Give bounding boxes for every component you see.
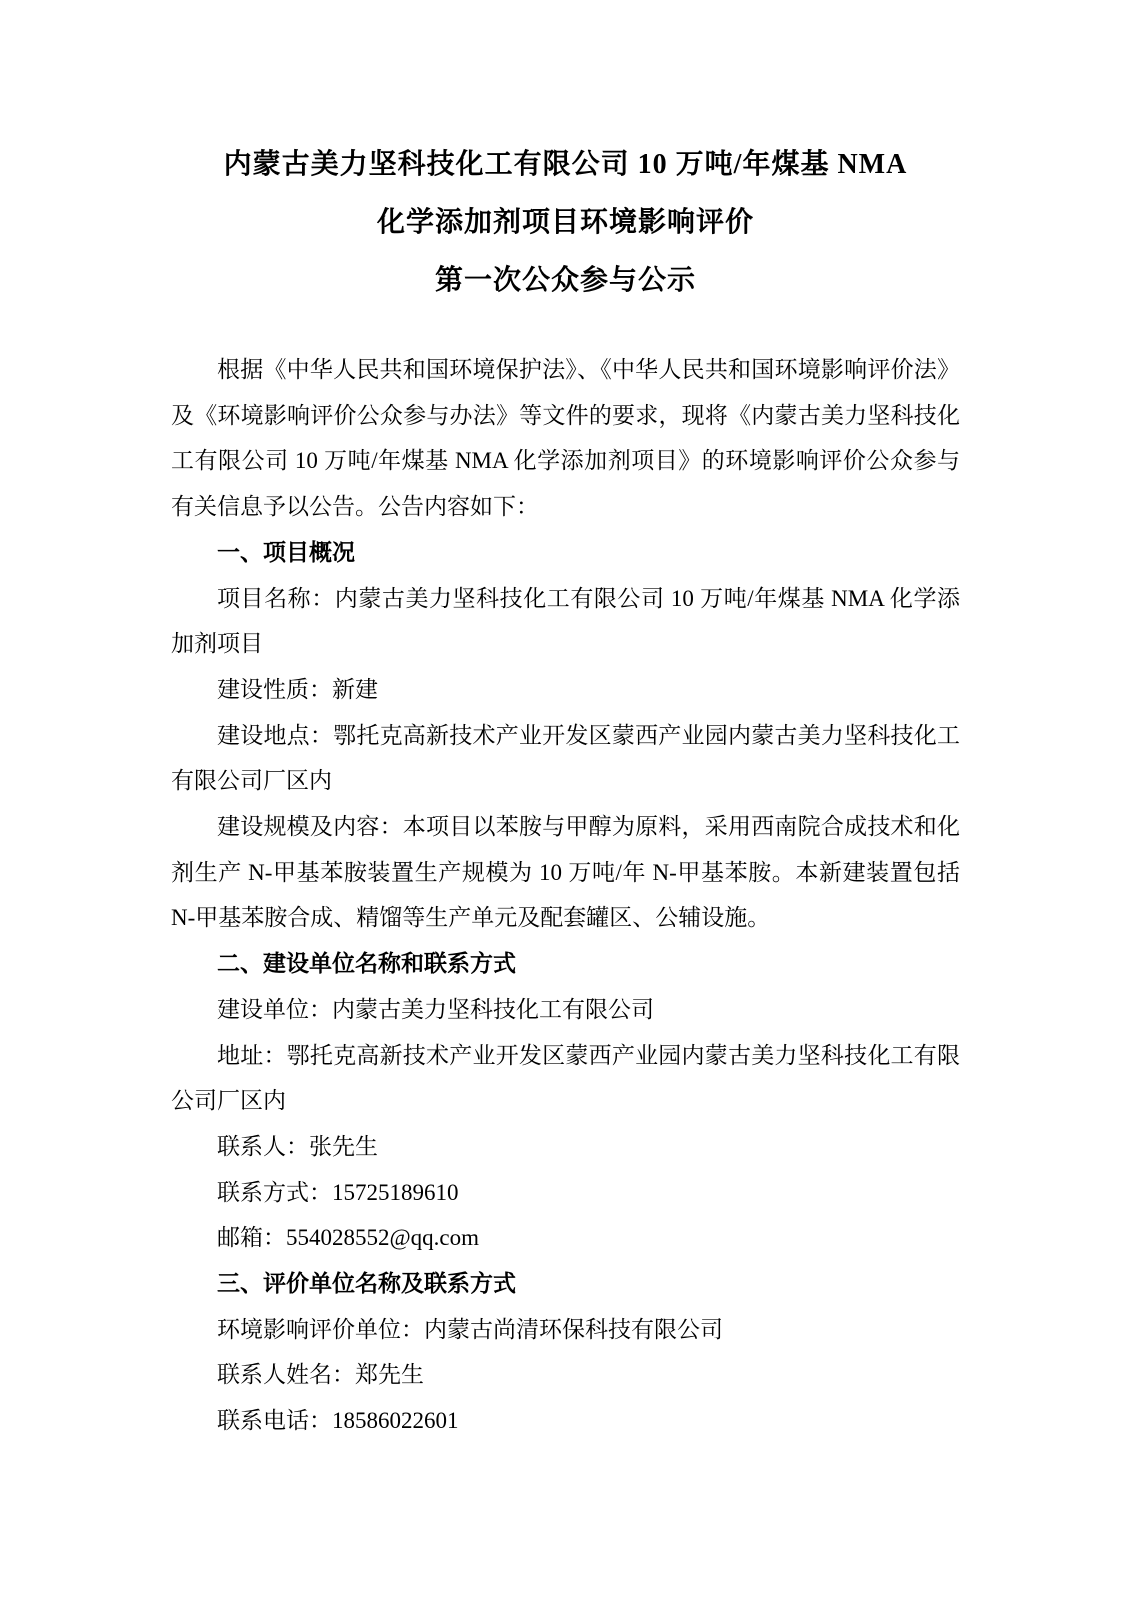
- title-line-1: 内蒙古美力坚科技化工有限公司 10 万吨/年煤基 NMA: [171, 136, 960, 194]
- section-3-paragraph-eia-unit: 环境影响评价单位：内蒙古尚清环保科技有限公司: [171, 1307, 960, 1353]
- section-2-paragraph-email: 邮箱：554028552@qq.com: [171, 1215, 960, 1261]
- section-1-paragraph-scale-content: 建设规模及内容：本项目以苯胺与甲醇为原料，采用西南院合成技术和化剂生产 N-甲基…: [171, 804, 960, 941]
- section-2-paragraph-construction-unit: 建设单位：内蒙古美力坚科技化工有限公司: [171, 987, 960, 1033]
- section-1-paragraph-construction-site: 建设地点：鄂托克高新技术产业开发区蒙西产业园内蒙古美力坚科技化工有限公司厂区内: [171, 713, 960, 804]
- document-body: 根据《中华人民共和国环境保护法》、《中华人民共和国环境影响评价法》及《环境影响评…: [171, 347, 960, 1444]
- intro-paragraph: 根据《中华人民共和国环境保护法》、《中华人民共和国环境影响评价法》及《环境影响评…: [171, 347, 960, 530]
- section-2-heading: 二、建设单位名称和联系方式: [171, 941, 960, 987]
- section-2-paragraph-address: 地址：鄂托克高新技术产业开发区蒙西产业园内蒙古美力坚科技化工有限公司厂区内: [171, 1033, 960, 1124]
- section-1-paragraph-project-name: 项目名称：内蒙古美力坚科技化工有限公司 10 万吨/年煤基 NMA 化学添加剂项…: [171, 576, 960, 667]
- section-3-paragraph-contact-name: 联系人姓名：郑先生: [171, 1352, 960, 1398]
- section-2-paragraph-contact-person: 联系人：张先生: [171, 1124, 960, 1170]
- document-content: 内蒙古美力坚科技化工有限公司 10 万吨/年煤基 NMA 化学添加剂项目环境影响…: [171, 0, 960, 1444]
- title-line-3: 第一次公众参与公示: [171, 252, 960, 310]
- section-1-paragraph-construction-nature: 建设性质：新建: [171, 667, 960, 713]
- section-1-heading: 一、项目概况: [171, 530, 960, 576]
- section-3-heading: 三、评价单位名称及联系方式: [171, 1261, 960, 1307]
- document-page: 内蒙古美力坚科技化工有限公司 10 万吨/年煤基 NMA 化学添加剂项目环境影响…: [0, 0, 1131, 1600]
- document-title: 内蒙古美力坚科技化工有限公司 10 万吨/年煤基 NMA 化学添加剂项目环境影响…: [171, 136, 960, 310]
- title-line-2: 化学添加剂项目环境影响评价: [171, 194, 960, 252]
- section-3-paragraph-contact-tel: 联系电话：18586022601: [171, 1398, 960, 1444]
- section-2-paragraph-contact-phone: 联系方式：15725189610: [171, 1170, 960, 1216]
